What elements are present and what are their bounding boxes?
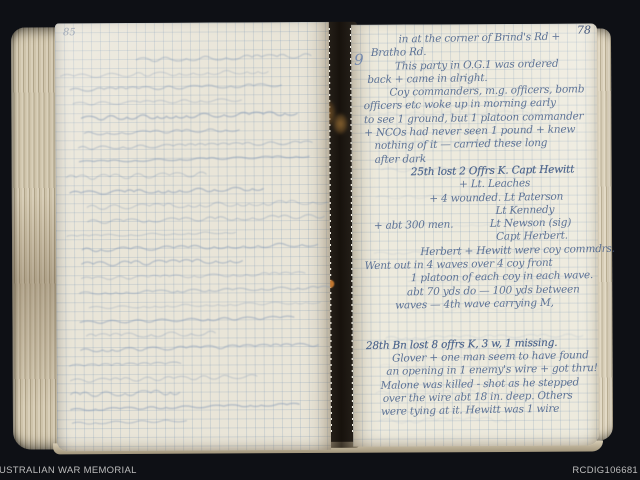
handwriting-stroke — [70, 390, 180, 397]
diary-line: were tying at it. Hewitt was 1 wire — [367, 402, 595, 419]
handwriting-stroke — [79, 155, 310, 163]
handwriting-stroke — [81, 111, 298, 120]
handwriting-stroke — [70, 403, 299, 411]
handwriting-stroke — [66, 172, 207, 180]
handwriting-stroke — [81, 272, 305, 280]
archive-left-label: USTRALIAN WAR MEMORIAL — [0, 465, 137, 476]
handwriting-stroke — [70, 83, 282, 91]
handwriting-stroke — [79, 286, 330, 295]
left-page: 85 — [55, 22, 331, 451]
handwriting-stroke — [69, 187, 263, 195]
handwriting-stroke — [78, 141, 313, 150]
handwriting-stroke — [60, 69, 269, 78]
archive-bar: USTRALIAN WAR MEMORIAL RCDIG106681 — [0, 463, 640, 477]
handwriting-stroke — [87, 200, 328, 210]
handwriting-stroke — [73, 98, 242, 105]
diary-entry-text: in at the corner of Brind's Rd +Bratho R… — [360, 30, 595, 442]
handwriting-stroke — [66, 231, 236, 237]
handwriting-stroke — [87, 214, 324, 224]
notebook: 85 78 9 in at the corner of Brind's Rd +… — [11, 14, 613, 455]
handwriting-stroke — [80, 316, 295, 324]
handwriting-stroke — [81, 258, 242, 266]
handwriting-stroke — [69, 362, 181, 366]
archive-right-label: RCDIG106681 — [572, 465, 638, 476]
handwriting-stroke — [136, 54, 311, 62]
handwriting-stroke — [89, 301, 321, 309]
handwriting-stroke — [72, 420, 187, 425]
left-page-handwriting — [51, 19, 335, 454]
handwriting-stroke — [84, 128, 240, 135]
photo-backdrop: 85 78 9 in at the corner of Brind's Rd +… — [0, 0, 640, 480]
stain — [333, 114, 347, 134]
handwriting-stroke — [82, 242, 318, 252]
handwriting-stroke — [86, 331, 216, 338]
handwriting-stroke — [80, 343, 318, 352]
handwriting-stroke — [70, 374, 257, 382]
right-page: 78 9 in at the corner of Brind's Rd +Bra… — [351, 24, 599, 447]
